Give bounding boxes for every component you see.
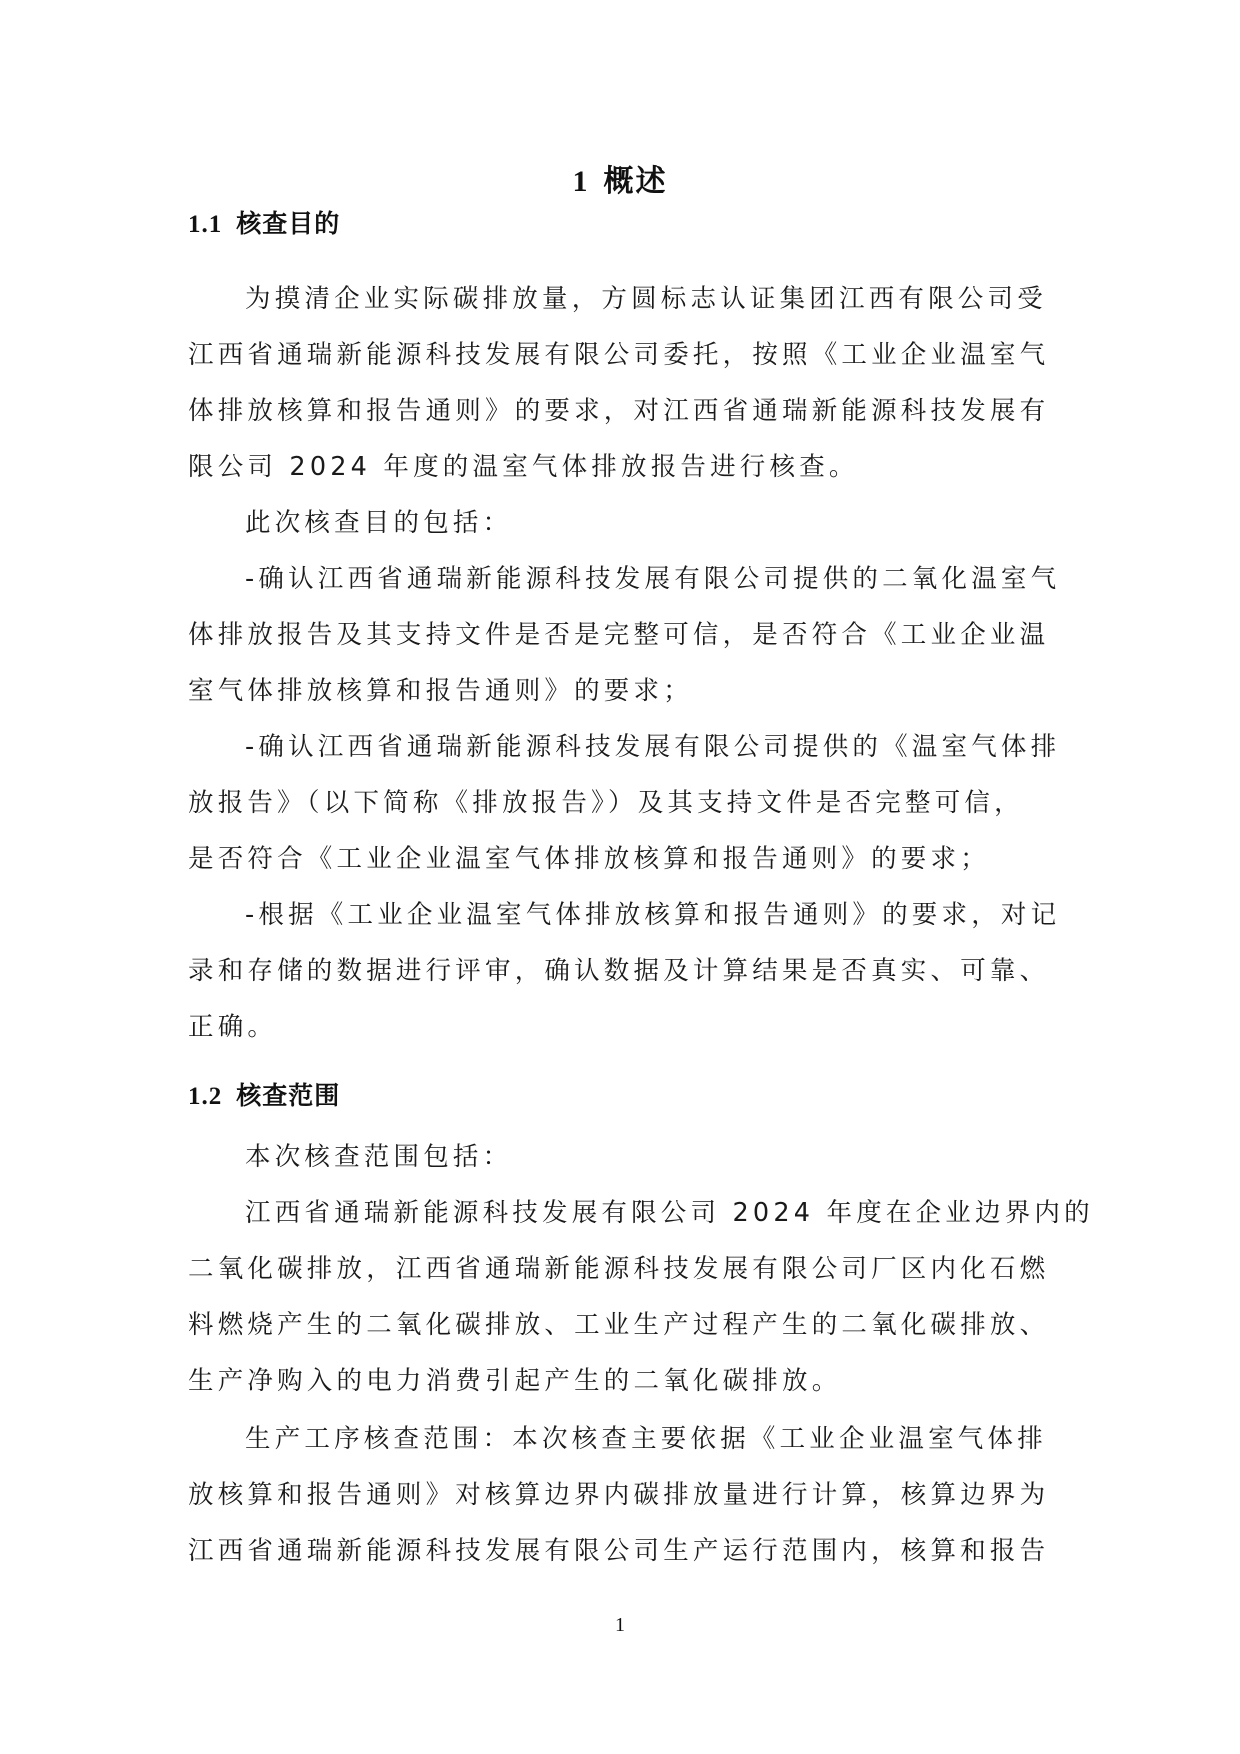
section-title: 核查目的 xyxy=(236,209,340,238)
list-item-line: 是否符合《工业企业温室气体排放核算和报告通则》的要求； xyxy=(188,839,1055,879)
paragraph-line: 为摸清企业实际碳排放量，方圆标志认证集团江西有限公司受 xyxy=(245,279,1055,319)
paragraph-line: 料燃烧产生的二氧化碳排放、工业生产过程产生的二氧化碳排放、 xyxy=(188,1305,1055,1345)
section-number: 1.1 xyxy=(188,211,222,238)
list-item-line: 室气体排放核算和报告通则》的要求； xyxy=(188,671,1055,711)
list-item-line: -确认江西省通瑞新能源科技发展有限公司提供的《温室气体排 xyxy=(245,727,1055,767)
paragraph-line: 江西省通瑞新能源科技发展有限公司 2024 年度在企业边界内的 xyxy=(245,1193,1055,1233)
list-item-line: 正确。 xyxy=(188,1007,1055,1047)
page-number: 1 xyxy=(0,1610,1240,1640)
paragraph-line: 体排放核算和报告通则》的要求，对江西省通瑞新能源科技发展有 xyxy=(188,391,1055,431)
chapter-title: 1概述 xyxy=(0,160,1240,204)
section-title: 核查范围 xyxy=(236,1081,340,1110)
list-item-line: 放报告》（以下简称《排放报告》）及其支持文件是否完整可信， xyxy=(188,783,1055,823)
section-heading-1-2: 1.2核查范围 xyxy=(188,1076,340,1117)
paragraph-line: 本次核查范围包括： xyxy=(245,1137,1055,1177)
section-heading-1-1: 1.1核查目的 xyxy=(188,204,340,245)
list-item-line: 体排放报告及其支持文件是否是完整可信，是否符合《工业企业温 xyxy=(188,615,1055,655)
list-item-line: 录和存储的数据进行评审，确认数据及计算结果是否真实、可靠、 xyxy=(188,951,1055,991)
paragraph-line: 限公司 2024 年度的温室气体排放报告进行核查。 xyxy=(188,447,1055,487)
paragraph-line: 放核算和报告通则》对核算边界内碳排放量进行计算，核算边界为 xyxy=(188,1475,1055,1515)
paragraph-line: 江西省通瑞新能源科技发展有限公司委托，按照《工业企业温室气 xyxy=(188,335,1055,375)
paragraph-line: 生产工序核查范围：本次核查主要依据《工业企业温室气体排 xyxy=(245,1419,1055,1459)
list-item-line: -确认江西省通瑞新能源科技发展有限公司提供的二氧化温室气 xyxy=(245,559,1055,599)
section-number: 1.2 xyxy=(188,1083,222,1110)
list-item-line: -根据《工业企业温室气体排放核算和报告通则》的要求，对记 xyxy=(245,895,1055,935)
paragraph-line: 二氧化碳排放，江西省通瑞新能源科技发展有限公司厂区内化石燃 xyxy=(188,1249,1055,1289)
document-page: 1概述 1.1核查目的 为摸清企业实际碳排放量，方圆标志认证集团江西有限公司受 … xyxy=(0,0,1240,1754)
paragraph-line: 生产净购入的电力消费引起产生的二氧化碳排放。 xyxy=(188,1361,1055,1401)
paragraph-line: 江西省通瑞新能源科技发展有限公司生产运行范围内，核算和报告 xyxy=(188,1531,1055,1571)
paragraph-line: 此次核查目的包括： xyxy=(245,503,1055,543)
chapter-number: 1 xyxy=(573,165,590,198)
chapter-title-text: 概述 xyxy=(604,164,668,199)
